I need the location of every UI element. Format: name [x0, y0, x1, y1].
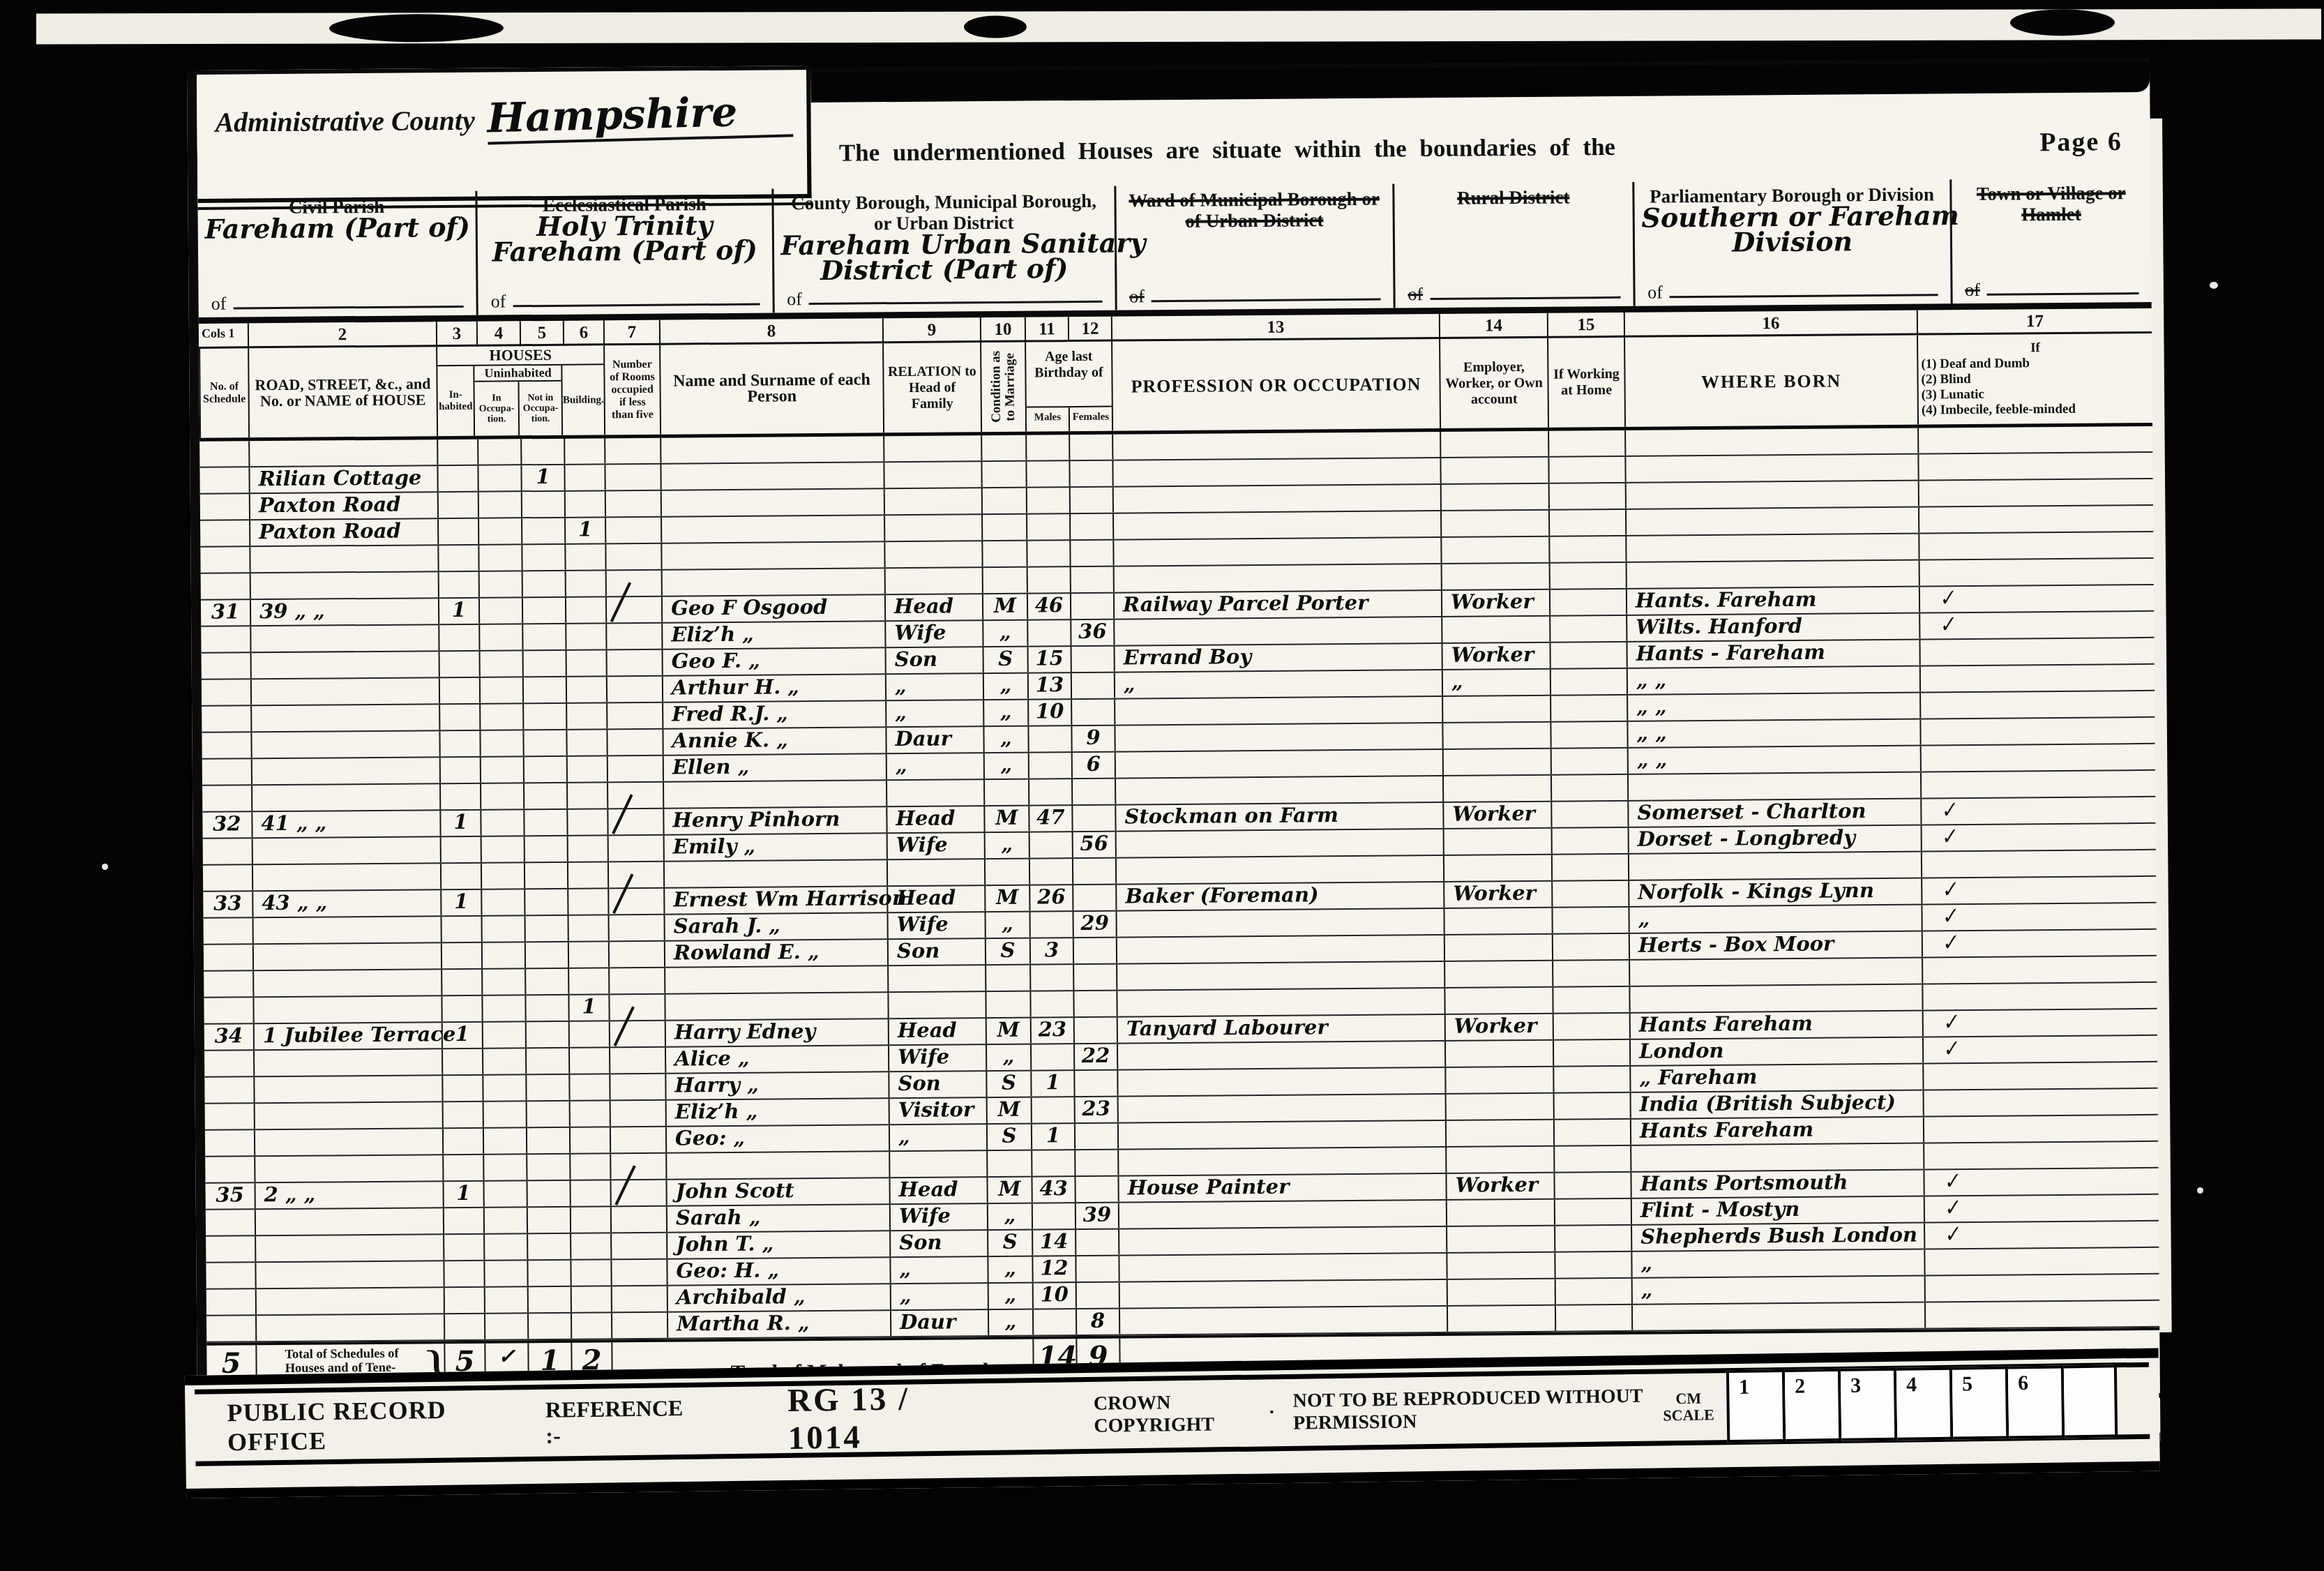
cell-employer	[1440, 458, 1548, 483]
cell-name: Harry „	[665, 1072, 888, 1099]
cell-male: 26	[1029, 885, 1072, 910]
cell-occupation: Baker (Foreman)	[1115, 882, 1443, 910]
cell-in_occ	[484, 1287, 527, 1312]
cell-male	[1026, 541, 1069, 566]
cell-name	[663, 860, 886, 887]
cell-schedule	[204, 971, 252, 997]
cell-name: Arthur H. „	[662, 675, 885, 702]
cell-occupation: Tanyard Labourer	[1117, 1015, 1444, 1043]
col-schedule-header: No. of Schedule	[199, 348, 248, 438]
cell-female	[1071, 700, 1114, 725]
cell-schedule	[200, 547, 249, 573]
cell-rooms	[610, 1154, 665, 1180]
col-building-header: Building.	[563, 365, 605, 435]
cell-female	[1070, 567, 1113, 592]
cell-female: 23	[1074, 1097, 1117, 1122]
scale-label: SCALE	[1663, 1406, 1714, 1424]
cell-building	[567, 836, 608, 861]
cell-male: 10	[1032, 1283, 1076, 1308]
cell-female	[1073, 991, 1116, 1016]
cell-condition: M	[982, 594, 1027, 620]
cell-building	[569, 1101, 610, 1126]
cell-inhabited	[441, 943, 481, 968]
cell-name: John T. „	[666, 1231, 889, 1258]
cell-occupation	[1116, 935, 1444, 963]
cell-in_occ	[478, 624, 522, 649]
cell-condition: S	[986, 1072, 1030, 1097]
cell-address	[253, 1049, 442, 1076]
cell-infirm	[1917, 453, 2152, 480]
cell-born: Somerset - Charlton	[1627, 799, 1920, 827]
cell-rooms	[605, 491, 661, 517]
cell-occupation	[1117, 1095, 1445, 1122]
cell-in_occ	[484, 1314, 527, 1339]
cell-address	[255, 1235, 443, 1261]
checkmark: ✓	[1941, 1195, 1963, 1220]
checkmark: ✓	[1940, 1036, 1961, 1061]
cell-infirm	[1919, 691, 2155, 719]
boundary-area-label: Rural District	[1401, 186, 1625, 209]
public-record-office-label: PUBLIC RECORD OFFICE	[227, 1395, 479, 1457]
cell-at_home	[1551, 881, 1628, 907]
cell-condition	[981, 488, 1026, 514]
col-where-born-header: WHERE BORN	[1624, 336, 1917, 427]
cell-name: Sarah J. „	[664, 913, 887, 940]
cell-building: 1	[568, 995, 608, 1020]
cell-employer: „	[1442, 670, 1550, 696]
cell-infirm: ✓	[1924, 1222, 2159, 1249]
cell-name: Geo: H. „	[666, 1258, 889, 1285]
cell-occupation	[1116, 989, 1444, 1016]
cell-born	[1625, 534, 1918, 562]
cell-schedule	[204, 998, 252, 1023]
cell-in_occ	[478, 598, 522, 623]
cell-relation: „	[890, 1284, 988, 1309]
cell-relation: Daur	[890, 1310, 988, 1336]
cell-address	[254, 1102, 442, 1129]
cell-relation: Son	[889, 1231, 987, 1256]
cell-employer: Worker	[1441, 590, 1549, 616]
cell-relation: Son	[887, 939, 985, 965]
cell-female	[1069, 488, 1112, 513]
cell-condition	[981, 435, 1025, 461]
cell-condition	[981, 462, 1025, 488]
cell-male: 13	[1027, 673, 1071, 698]
column-number: 9	[882, 317, 980, 343]
cell-address: Rilian Cottage	[248, 466, 437, 493]
cell-rooms	[609, 1074, 665, 1100]
cell-in_occ	[479, 730, 522, 756]
column-number: 2	[248, 322, 436, 348]
scale-box-blank	[2064, 1365, 2118, 1438]
cell-address	[249, 546, 437, 572]
infirmity-item: (4) Imbecile, feeble-minded	[1922, 402, 2076, 419]
cell-female: 9	[1071, 726, 1114, 751]
cell-building	[566, 756, 607, 781]
scan-speck	[2197, 1187, 2203, 1194]
cell-infirm: ✓	[1921, 877, 2156, 904]
cell-occupation	[1115, 909, 1443, 937]
cell-occupation: Stockman on Farm	[1115, 803, 1442, 831]
cell-address	[248, 439, 437, 466]
cell-rooms	[607, 809, 663, 835]
cell-condition: S	[985, 939, 1029, 965]
of-label: of	[211, 294, 226, 315]
cell-relation: Wife	[886, 912, 984, 938]
cell-infirm	[1922, 1062, 2157, 1090]
cell-born: „ „	[1627, 746, 1920, 774]
cm-scale-label: CM SCALE	[1663, 1390, 1714, 1424]
cell-employer	[1440, 484, 1548, 510]
cell-schedule	[201, 626, 250, 652]
administrative-county-box: Administrative County Hampshire	[197, 66, 811, 203]
of-underline	[1430, 294, 1620, 300]
checkmark: ✓	[1941, 1222, 1963, 1247]
cell-schedule	[199, 441, 248, 467]
cell-at_home	[1549, 642, 1626, 668]
cell-not_occ	[526, 1102, 569, 1127]
cell-inhabited: 1	[443, 1182, 483, 1207]
cell-employer	[1443, 855, 1551, 881]
totals-label-line: Total of Schedules of	[285, 1346, 439, 1362]
cell-at_home	[1550, 696, 1627, 721]
of-underline	[1670, 291, 1938, 298]
cell-born: Dorset - Longbredy	[1628, 826, 1921, 853]
cell-address	[252, 943, 441, 970]
cell-schedule	[204, 918, 252, 944]
cell-rooms	[606, 703, 662, 729]
cell-not_occ	[521, 492, 564, 517]
cell-infirm: ✓	[1919, 585, 2154, 612]
cell-condition	[984, 859, 1029, 885]
cell-employer	[1442, 749, 1550, 775]
cell-born: Hants Fareham	[1630, 1117, 1923, 1144]
cell-rooms	[610, 1207, 666, 1233]
cell-not_occ	[521, 518, 564, 543]
cell-building	[566, 703, 606, 728]
cell-schedule: 34	[204, 1024, 253, 1050]
cell-infirm	[1921, 850, 2156, 878]
cell-building	[568, 1074, 609, 1099]
cell-male: 3	[1029, 938, 1073, 963]
cell-male	[1030, 1044, 1073, 1069]
boundary-area-2: County Borough, Municipal Borough, or Ur…	[771, 186, 1115, 313]
cell-name: Emily „	[663, 834, 886, 861]
cell-female: 8	[1076, 1309, 1119, 1335]
cell-name: Eliz’h „	[665, 1099, 889, 1126]
cell-address: 2 „ „	[255, 1182, 443, 1208]
cell-building	[570, 1260, 610, 1285]
cell-infirm: ✓	[1920, 797, 2155, 825]
of-line: of	[1959, 278, 2144, 301]
boundary-areas: Civil ParishFareham (Part of)ofEcclesias…	[197, 178, 2151, 324]
cell-male: 1	[1030, 1071, 1073, 1096]
cell-occupation	[1113, 617, 1441, 645]
cell-relation: Head	[884, 594, 982, 620]
cell-name: Archibald „	[667, 1284, 890, 1311]
cell-name	[663, 781, 886, 808]
cell-relation: „	[889, 1125, 986, 1150]
cell-born: Hants Portsmouth	[1630, 1170, 1923, 1197]
cell-infirm	[1924, 1248, 2159, 1275]
cell-at_home	[1554, 1252, 1631, 1278]
of-underline	[233, 303, 463, 310]
cell-address	[253, 1076, 442, 1102]
cell-relation: Visitor	[889, 1098, 986, 1124]
administrative-county-label: Administrative County	[215, 104, 475, 139]
cell-at_home	[1550, 802, 1627, 827]
column-number: 17	[1917, 308, 2152, 336]
cell-not_occ	[527, 1261, 570, 1286]
cell-in_occ	[483, 1102, 526, 1127]
col-profession-header: PROFESSION OR OCCUPATION	[1111, 339, 1440, 431]
cell-rooms	[604, 438, 660, 464]
cell-not_occ	[523, 810, 566, 835]
col-uninhabited-header: Uninhabited	[475, 366, 561, 382]
cell-rooms	[605, 518, 661, 543]
cell-employer	[1443, 908, 1551, 934]
cell-address	[250, 572, 438, 599]
cell-employer	[1446, 1200, 1554, 1226]
cell-occupation	[1112, 458, 1440, 486]
cell-building	[566, 677, 606, 702]
cell-employer: Worker	[1443, 882, 1551, 908]
of-label: of	[1408, 284, 1423, 305]
cell-inhabited	[442, 1155, 483, 1180]
col-rooms-header: Number of Rooms occupied if less than fi…	[603, 345, 660, 435]
cell-born	[1628, 852, 1921, 880]
cell-male	[1029, 991, 1073, 1016]
cell-schedule	[203, 839, 252, 864]
cell-relation: Wife	[888, 1045, 986, 1071]
cell-infirm	[1920, 744, 2155, 772]
cell-name	[661, 569, 884, 596]
cell-occupation	[1112, 432, 1440, 460]
cell-building	[568, 968, 608, 993]
boundary-area-6: Town or Village or Hamletof	[1949, 178, 2152, 303]
cell-inhabited	[438, 625, 478, 650]
cell-infirm	[1923, 1089, 2158, 1116]
cell-in_occ	[479, 677, 522, 702]
boundary-area-value: Division	[1642, 227, 1943, 257]
cell-relation: „	[885, 700, 983, 726]
column-number: 4	[476, 321, 520, 346]
cell-condition	[981, 515, 1026, 541]
of-label: of	[1129, 286, 1145, 307]
cell-rooms	[607, 783, 663, 809]
checkmark: ✓	[1940, 1168, 1962, 1194]
cell-name: Rowland E. „	[664, 940, 887, 967]
cm-scale-ruler: 123456	[1726, 1365, 2118, 1443]
cell-occupation	[1118, 1254, 1446, 1281]
cell-infirm: ✓	[1921, 903, 2156, 931]
cell-born	[1629, 959, 1922, 986]
cell-schedule	[199, 467, 248, 493]
census-form: Administrative County Hampshire The unde…	[187, 57, 2160, 1457]
cell-condition	[982, 568, 1027, 594]
cell-schedule	[204, 1051, 253, 1076]
cell-rooms	[604, 465, 660, 490]
condition-vertical-label: Condition as to Marriage	[989, 345, 1018, 429]
cell-born: „ Fareham	[1629, 1065, 1922, 1092]
cell-at_home	[1552, 961, 1629, 986]
cell-employer	[1445, 1120, 1553, 1146]
cell-not_occ: 1	[520, 465, 564, 490]
cell-at_home	[1553, 1146, 1630, 1172]
cell-occupation	[1118, 1201, 1446, 1228]
cell-born	[1631, 1302, 1924, 1330]
cell-at_home	[1548, 483, 1625, 509]
cell-employer	[1440, 431, 1548, 457]
col-inhabited-header: In-habited	[437, 366, 474, 436]
cell-female	[1073, 938, 1116, 963]
boundary-area-1: Ecclesiastical ParishHoly TrinityFareham…	[475, 188, 772, 315]
cell-schedule	[202, 706, 250, 732]
checkmark: ✓	[1938, 903, 1960, 929]
cell-inhabited	[439, 652, 479, 677]
col-employer-header: Employer, Worker, or Own account	[1439, 338, 1548, 428]
cell-not_occ	[525, 1075, 568, 1100]
cell-building	[565, 624, 605, 649]
cell-schedule: 32	[202, 812, 251, 838]
cell-condition: M	[984, 886, 1029, 912]
cell-employer	[1444, 1041, 1553, 1067]
cell-inhabited	[439, 678, 479, 703]
cell-infirm	[1922, 983, 2157, 1010]
cell-address: 41 „ „	[251, 811, 439, 837]
cell-condition: „	[984, 833, 1029, 859]
cell-building	[564, 465, 604, 490]
cell-inhabited	[442, 1049, 482, 1074]
cell-rooms	[610, 1260, 666, 1286]
cell-male: 10	[1027, 700, 1071, 725]
column-number: 16	[1624, 310, 1917, 338]
cell-occupation	[1115, 829, 1443, 857]
cell-born	[1630, 1143, 1923, 1171]
scan-speck	[2210, 282, 2218, 289]
cell-female	[1072, 859, 1115, 884]
cell-male: 23	[1030, 1018, 1073, 1043]
cell-female: 39	[1075, 1203, 1118, 1228]
cell-employer	[1446, 1226, 1554, 1252]
cell-male	[1029, 965, 1073, 990]
cell-born: „ „	[1627, 667, 1919, 694]
cell-rooms	[608, 836, 663, 862]
cell-male: 43	[1031, 1177, 1074, 1202]
cell-female	[1069, 541, 1112, 566]
cell-occupation	[1117, 1068, 1444, 1096]
cell-address	[251, 784, 439, 811]
cell-occupation	[1112, 511, 1440, 539]
cell-building	[570, 1233, 610, 1258]
column-headers: Cols 1234567891011121314151617 No. of Sc…	[199, 308, 2152, 442]
cell-relation: Wife	[886, 833, 984, 859]
cell-occupation	[1118, 1227, 1446, 1255]
infirmity-title: If	[2030, 340, 2040, 356]
cell-building	[571, 1286, 611, 1311]
cell-address: 43 „ „	[252, 890, 440, 917]
cell-male	[1029, 832, 1072, 857]
cell-at_home	[1551, 855, 1628, 880]
cell-schedule	[203, 865, 252, 891]
cell-female	[1075, 1230, 1118, 1255]
cell-building	[569, 1127, 610, 1152]
cell-condition: „	[987, 1204, 1032, 1230]
cell-female	[1073, 1018, 1117, 1043]
cell-condition: „	[983, 700, 1027, 726]
cell-employer	[1440, 511, 1548, 536]
cell-building	[566, 730, 606, 755]
cell-born: Shepherds Bush London	[1631, 1223, 1924, 1250]
administrative-county-value: Hampshire	[487, 87, 793, 144]
cell-female	[1076, 1283, 1119, 1308]
scan-blot	[329, 14, 504, 43]
scan-blot	[964, 15, 1027, 38]
cell-address	[252, 837, 440, 864]
cell-infirm: ✓	[1922, 1036, 2157, 1063]
cell-female	[1074, 1177, 1117, 1202]
col-name-header: Name and Surname of each Person	[659, 343, 883, 435]
cell-male: 12	[1032, 1256, 1075, 1281]
column-number: 11	[1025, 317, 1068, 342]
cell-at_home	[1548, 457, 1624, 483]
cell-inhabited	[444, 1288, 484, 1313]
cell-inhabited	[439, 784, 480, 809]
cell-at_home	[1549, 589, 1626, 615]
age-title: Age last Birthday of	[1026, 342, 1112, 407]
cell-born: Hants Fareham	[1629, 1012, 1922, 1039]
col-working-at-home-header: If Working at Home	[1547, 338, 1624, 428]
boundary-area-3: Ward of Municipal Borough or of Urban Di…	[1114, 183, 1394, 310]
cell-condition	[985, 992, 1029, 1018]
separator-dot: ·	[1268, 1401, 1275, 1424]
cell-at_home	[1555, 1279, 1631, 1305]
cell-relation	[884, 515, 981, 541]
cell-inhabited	[438, 572, 478, 597]
cell-condition	[981, 541, 1026, 567]
cell-at_home	[1549, 563, 1626, 589]
cell-infirm	[1919, 718, 2155, 745]
of-line: of	[1402, 283, 1626, 306]
cell-inhabited	[442, 1129, 483, 1154]
cell-at_home	[1552, 934, 1629, 960]
cell-inhabited	[443, 1235, 483, 1260]
cell-inhabited	[437, 466, 477, 491]
cell-rooms	[606, 677, 662, 702]
cell-schedule	[201, 573, 250, 599]
cell-rooms	[608, 968, 664, 994]
col-males-header: Males	[1027, 407, 1069, 431]
cell-male: 14	[1032, 1230, 1075, 1255]
cell-male	[1026, 488, 1069, 513]
cell-occupation	[1117, 1042, 1444, 1069]
cell-building	[566, 783, 607, 808]
cell-male	[1027, 726, 1071, 751]
cell-infirm	[1919, 559, 2154, 586]
cell-condition: S	[986, 1125, 1031, 1150]
cell-infirm	[1918, 532, 2153, 559]
cell-occupation	[1112, 538, 1440, 566]
cell-name: Geo F. „	[662, 648, 885, 675]
cell-rooms	[608, 915, 664, 941]
of-line: of	[1642, 280, 1943, 303]
cell-male	[1025, 435, 1069, 460]
cell-employer	[1440, 537, 1548, 563]
cell-name	[661, 489, 884, 516]
cell-infirm	[1919, 665, 2155, 692]
cell-name	[661, 542, 884, 569]
cell-employer	[1447, 1306, 1555, 1332]
